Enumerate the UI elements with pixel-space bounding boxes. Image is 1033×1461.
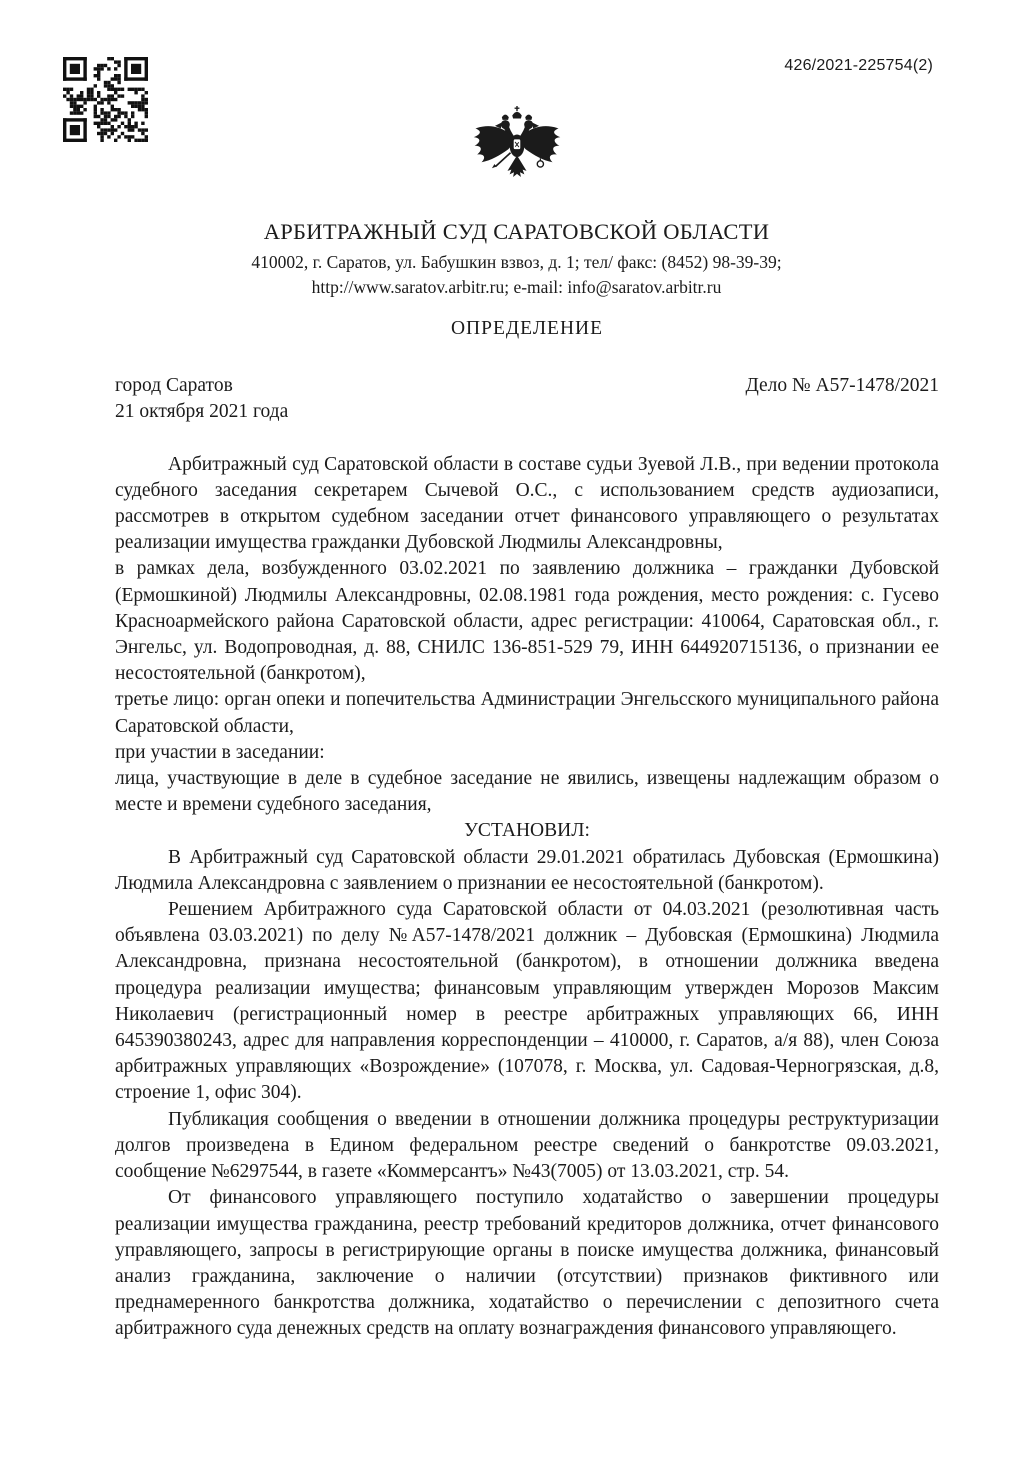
document-page: 426/2021-225754(2) [0, 0, 1033, 1461]
intro-section: Арбитражный суд Саратовской области в со… [115, 452, 939, 819]
paragraph: Публикация сообщения о введении в отноше… [115, 1107, 939, 1186]
document-body: ОПРЕДЕЛЕНИЕ город Саратов Дело № А57-147… [115, 316, 939, 1343]
ruling-heading: УСТАНОВИЛ: [115, 818, 939, 844]
document-title: ОПРЕДЕЛЕНИЕ [115, 316, 939, 342]
paragraph: В Арбитражный суд Саратовской области 29… [115, 845, 939, 897]
paragraph: От финансового управляющего поступило хо… [115, 1185, 939, 1342]
paragraph: Решением Арбитражного суда Саратовской о… [115, 897, 939, 1107]
paragraph: при участии в заседании: [115, 740, 939, 766]
paragraph: в рамках дела, возбужденного 03.02.2021 … [115, 556, 939, 687]
paragraph: лица, участвующие в деле в судебное засе… [115, 766, 939, 818]
document-date: 21 октября 2021 года [115, 399, 939, 425]
findings-section: В Арбитражный суд Саратовской области 29… [115, 845, 939, 1343]
paragraph: третье лицо: орган опеки и попечительств… [115, 687, 939, 739]
court-name: АРБИТРАЖНЫЙ СУД САРАТОВСКОЙ ОБЛАСТИ [0, 219, 1033, 245]
russian-coat-of-arms-icon [0, 106, 1033, 196]
court-contacts: http://www.saratov.arbitr.ru; e-mail: in… [0, 277, 1033, 298]
paragraph: Арбитражный суд Саратовской области в со… [115, 452, 939, 557]
case-number: Дело № А57-1478/2021 [745, 373, 939, 399]
court-letterhead: АРБИТРАЖНЫЙ СУД САРАТОВСКОЙ ОБЛАСТИ 4100… [0, 219, 1033, 298]
court-address: 410002, г. Саратов, ул. Бабушкин взвоз, … [0, 252, 1033, 273]
document-number: 426/2021-225754(2) [784, 57, 933, 75]
case-info-row: город Саратов Дело № А57-1478/2021 [115, 373, 939, 399]
city-label: город Саратов [115, 373, 233, 399]
